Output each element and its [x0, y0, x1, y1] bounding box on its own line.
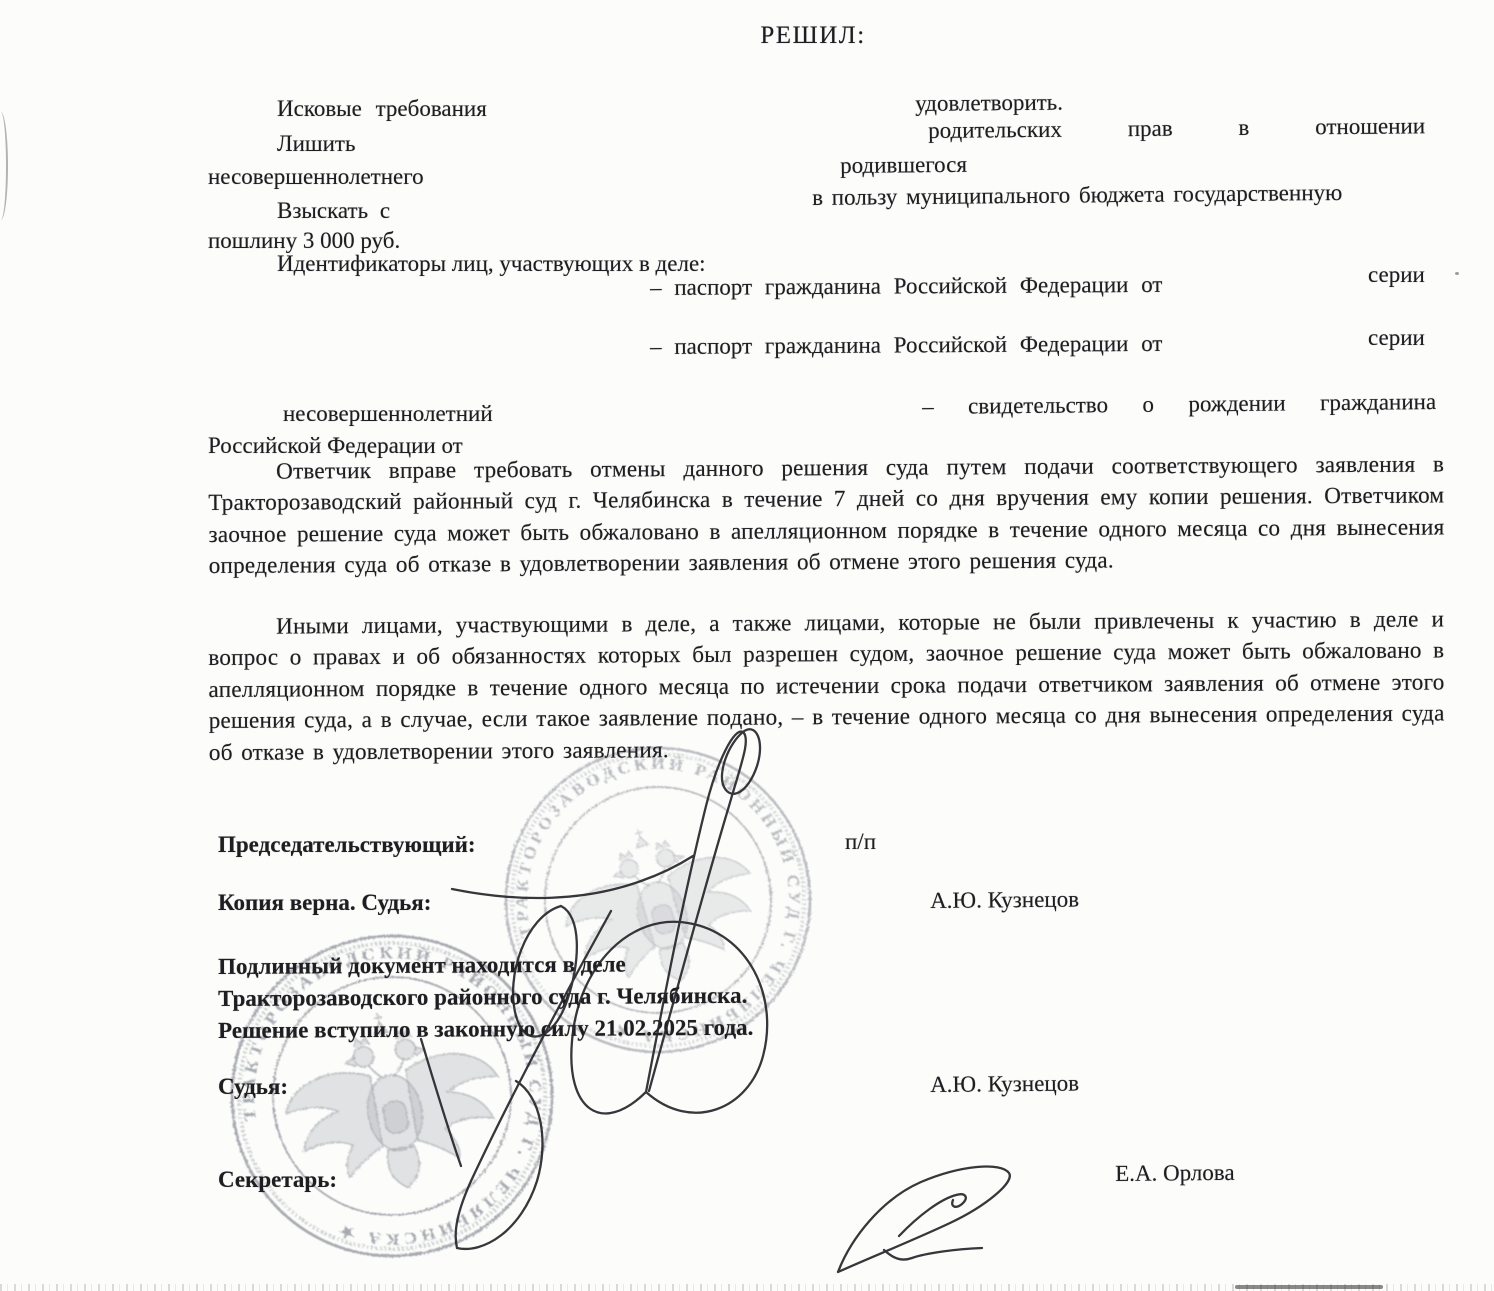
court-decision-page: ТРАКТОРОЗАВОДСКИЙ РАЙОННЫЙ СУД Г. ЧЕЛЯБИ… — [0, 0, 1494, 1291]
secretary-label: Секретарь: — [218, 1166, 337, 1194]
eagle-beak-right — [414, 1045, 425, 1056]
passport-line-2: – паспорт гражданина Российской Федераци… — [650, 330, 1163, 361]
eagle-tail — [386, 1145, 423, 1190]
signature-inner-curl — [899, 1194, 966, 1236]
flourish-horizontal-stroke — [452, 856, 693, 898]
appeal-paragraph-others: Иными лицами, участвующими в деле, а так… — [208, 604, 1445, 769]
presiding-judge-label: Председательствующий: — [218, 831, 476, 859]
eagle-cross — [634, 828, 644, 839]
series-label-1: серии — [1368, 261, 1425, 289]
eagle-body — [362, 1071, 428, 1155]
eagle-wing-right — [404, 1046, 510, 1165]
scan-artifact-bottom-right-dash — [1235, 1285, 1383, 1289]
born-line: родившегося — [840, 151, 967, 180]
eagle-head-right — [655, 847, 677, 869]
eagle-beak-left — [345, 1057, 356, 1068]
satisfy-line: удовлетворить. — [915, 89, 1063, 118]
eagle-beak-right — [673, 853, 684, 863]
copy-correct-label: Копия верна. Судья: — [218, 889, 431, 917]
secretary-signature — [838, 1167, 1010, 1272]
deprive-line: Лишить — [277, 130, 355, 158]
signature-leaf-loop — [838, 1167, 1010, 1272]
eagle-crown-right — [654, 840, 669, 851]
scan-artifact-dot — [1455, 272, 1459, 275]
seal-outer-ring — [498, 740, 818, 1060]
eagle-wing-right — [666, 847, 769, 959]
birth-certificate-line: – свидетельство о рождении гражданина — [922, 388, 1436, 421]
scan-artifact-bottom-speckles — [0, 1284, 1494, 1291]
eagle-chest-shield — [382, 1100, 410, 1135]
passport-line-1: – паспорт гражданина Российской Федераци… — [650, 271, 1163, 302]
presiding-judge-value: п/п — [845, 828, 876, 856]
judge-name-1: А.Ю. Кузнецов — [930, 886, 1079, 915]
eagle-neck-right — [654, 867, 669, 884]
eagle-beak-left — [613, 870, 624, 880]
decision-heading: РЕШИЛ: — [208, 22, 1418, 50]
original-note-line-3: Решение вступило в законную силу 21.02.2… — [218, 1014, 753, 1045]
judge-label: Судья: — [218, 1073, 288, 1101]
eagle-neck-left — [368, 1063, 384, 1081]
flourish-cross-stroke — [421, 1039, 461, 1166]
eagle-central-crown — [634, 835, 648, 848]
eagle-head-left — [618, 858, 640, 880]
eagle-body — [630, 876, 695, 955]
eagle-tail — [658, 942, 694, 984]
eagle-neck-left — [634, 872, 649, 889]
eagle-crown-left — [618, 850, 633, 861]
signature-tail — [884, 1248, 982, 1260]
original-note-line-1: Подлинный документ находится в деле — [218, 951, 626, 981]
seal-microtext-ring — [498, 740, 818, 1060]
secretary-name: Е.А. Орлова — [1115, 1159, 1235, 1188]
eagle-head-left — [352, 1045, 375, 1068]
seal-circular-text: ТРАКТОРОЗАВОДСКИЙ РАЙОННЫЙ СУД Г. ЧЕЛЯБИ… — [498, 740, 818, 1060]
judge-name-2: А.Ю. Кузнецов — [930, 1070, 1079, 1099]
eagle-neck-right — [390, 1059, 406, 1077]
eagle-chest-shield — [650, 903, 677, 935]
appeal-paragraph-defendant: Ответчик вправе требовать отмены данного… — [208, 449, 1445, 582]
scan-artifact-left-edge — [0, 112, 8, 220]
municipal-budget-line: в пользу муниципального бюджета государс… — [812, 179, 1342, 212]
claims-line: Исковые требования — [277, 95, 487, 123]
series-label-2: серии — [1368, 324, 1425, 352]
minor-child-line: несовершеннолетнего — [208, 163, 424, 191]
collect-line: Взыскать с — [277, 197, 390, 225]
original-note-line-2: Тракторозаводского районного суда г. Чел… — [218, 982, 747, 1013]
identifiers-heading: Идентификаторы лиц, участвующих в деле: — [277, 250, 706, 278]
parental-rights-line: родительских прав в отношении — [928, 112, 1425, 145]
minor-label: несовершеннолетний — [283, 400, 493, 428]
court-seal-stamp-upper: ТРАКТОРОЗАВОДСКИЙ РАЙОННЫЙ СУД Г. ЧЕЛЯБИ… — [498, 740, 818, 1060]
flourish-bottom-hook — [457, 1081, 542, 1249]
